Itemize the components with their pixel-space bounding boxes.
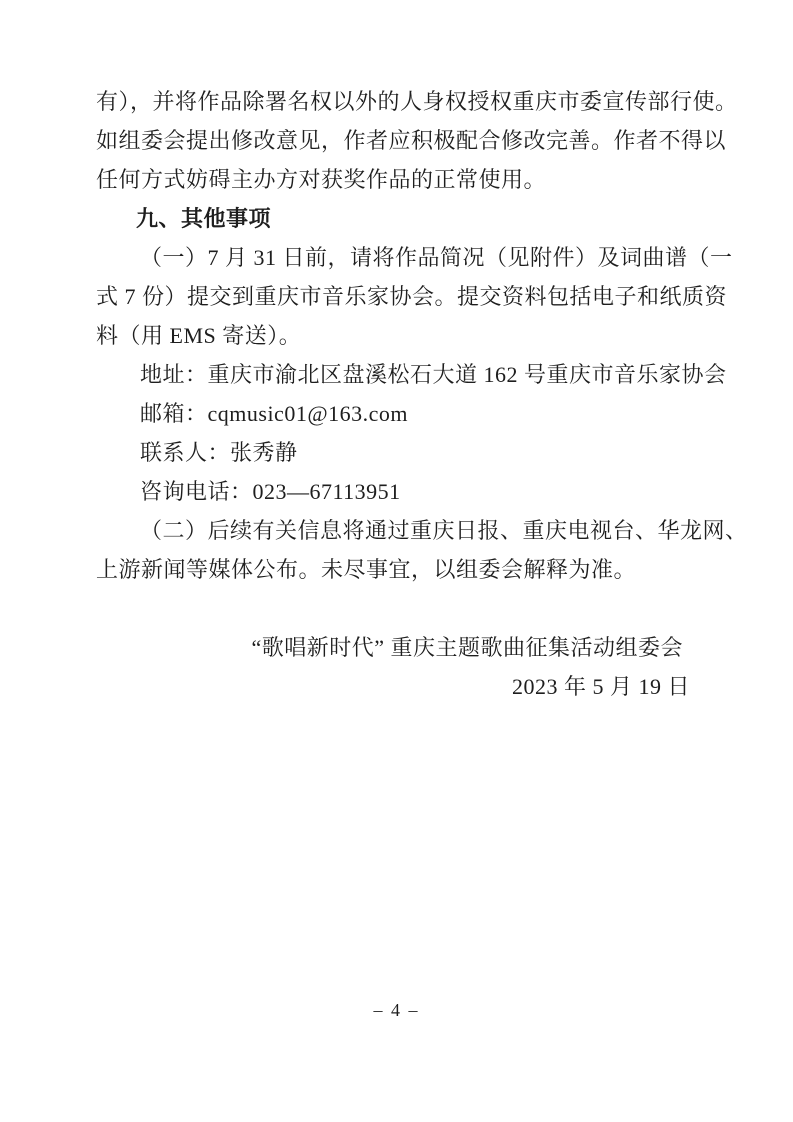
contact-person-line: 联系人：张秀静 — [96, 433, 700, 472]
item1-line: （一）7 月 31 日前，请将作品简况（见附件）及词曲谱（一 — [96, 238, 700, 277]
contact-phone-line: 咨询电话：023—67113951 — [96, 472, 700, 511]
signature-org-line: “歌唱新时代” 重庆主题歌曲征集活动组委会 — [96, 628, 700, 667]
item2-line: 上游新闻等媒体公布。未尽事宜，以组委会解释为准。 — [96, 550, 700, 589]
signature-date-line: 2023 年 5 月 19 日 — [96, 667, 700, 706]
blank-line — [96, 589, 700, 628]
contact-address-line: 地址：重庆市渝北区盘溪松石大道 162 号重庆市音乐家协会 — [96, 355, 700, 394]
item1-line: 式 7 份）提交到重庆市音乐家协会。提交资料包括电子和纸质资 — [96, 277, 700, 316]
body-line: 有），并将作品除署名权以外的人身权授权重庆市委宣传部行使。 — [96, 82, 700, 121]
item1-line: 料（用 EMS 寄送）。 — [96, 316, 700, 355]
document-body: 有），并将作品除署名权以外的人身权授权重庆市委宣传部行使。 如组委会提出修改意见… — [96, 82, 700, 706]
body-line: 任何方式妨碍主办方对获奖作品的正常使用。 — [96, 160, 700, 199]
body-line: 如组委会提出修改意见，作者应积极配合修改完善。作者不得以 — [96, 121, 700, 160]
item2-line: （二）后续有关信息将通过重庆日报、重庆电视台、华龙网、 — [96, 511, 700, 550]
page-number: – 4 – — [0, 1000, 793, 1021]
document-page: 有），并将作品除署名权以外的人身权授权重庆市委宣传部行使。 如组委会提出修改意见… — [0, 0, 793, 1122]
contact-email-line: 邮箱：cqmusic01@163.com — [96, 394, 700, 433]
section-heading-other-matters: 九、其他事项 — [96, 199, 700, 238]
